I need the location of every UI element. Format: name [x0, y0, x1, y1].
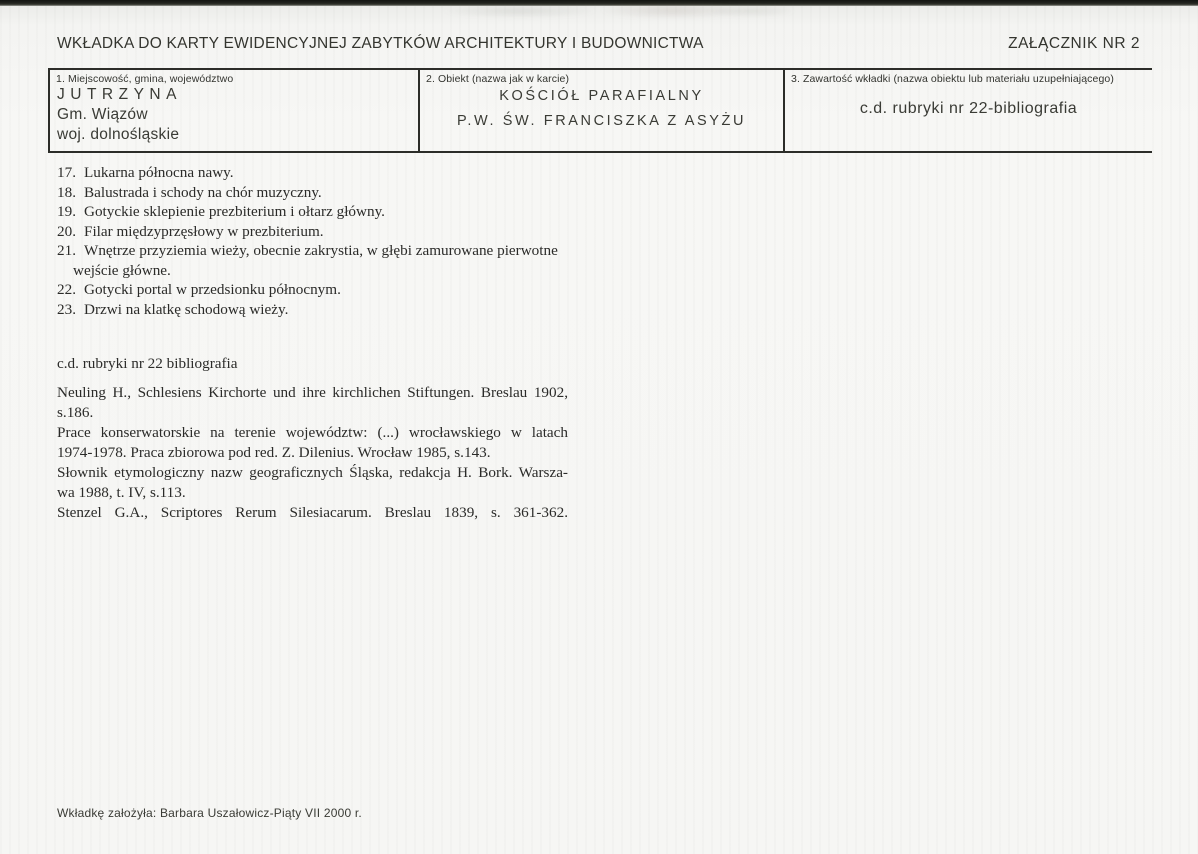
bibliography-line: Stenzel G.A., Scriptores Rerum Silesiaca…	[57, 503, 568, 523]
list-item-text: Balustrada i schody na chór muzyczny.	[84, 184, 322, 201]
bibliography-line: Neuling H., Schlesiens Kirchorte und ihr…	[57, 383, 568, 403]
bibliography: Neuling H., Schlesiens Kirchorte und ihr…	[57, 383, 568, 523]
list-item-text: Lukarna północna nawy.	[84, 164, 234, 181]
list-item-number: 20.	[57, 222, 84, 242]
bibliography-line: s.186.	[57, 403, 568, 423]
field-content: 3. Zawartość wkładki (nazwa obiektu lub …	[785, 70, 1152, 151]
field-object-label: 2. Obiekt (nazwa jak w karcie)	[420, 70, 783, 85]
record-header-table: 1. Miejscowość, gmina, województwo JUTRZ…	[48, 68, 1152, 153]
bleed-through-ghost	[706, 5, 796, 17]
list-item-continuation: wejście główne.	[73, 261, 597, 281]
list-item: 20.Filar międzyprzęsłowy w prezbiterium.	[57, 222, 597, 242]
bleed-through-ghost	[440, 4, 600, 18]
object-name-line1: KOŚCIÓŁ PARAFIALNY	[420, 88, 783, 104]
list-item: 23.Drzwi na klatkę schodową wieży.	[57, 300, 597, 320]
bibliography-heading: c.d. rubryki nr 22 bibliografia	[57, 355, 238, 373]
list-item-text: Wnętrze przyziemia wieży, obecnie zakrys…	[84, 242, 558, 259]
list-item-text: Gotyckie sklepienie prezbiterium i ołtar…	[84, 203, 385, 220]
bibliography-line: Prace konserwatorskie na terenie wojewód…	[57, 423, 568, 443]
list-item: 19.Gotyckie sklepienie prezbiterium i oł…	[57, 202, 597, 222]
location-voivodeship: woj. dolnośląskie	[57, 126, 418, 144]
list-item: 21.Wnętrze przyziemia wieży, obecnie zak…	[57, 241, 597, 261]
location-commune: Gm. Wiązów	[57, 106, 418, 124]
list-item: 22.Gotycki portal w przedsionku północny…	[57, 280, 597, 300]
list-item-number: 23.	[57, 300, 84, 320]
field-location: 1. Miejscowość, gmina, województwo JUTRZ…	[50, 70, 420, 151]
bibliography-line: 1974-1978. Praca zbiorowa pod red. Z. Di…	[57, 443, 568, 463]
field-location-label: 1. Miejscowość, gmina, województwo	[50, 70, 418, 85]
bibliography-line: wa 1988, t. IV, s.113.	[57, 483, 568, 503]
list-item-number: 18.	[57, 183, 84, 203]
list-item-number: 22.	[57, 280, 84, 300]
list-item-text: Filar międzyprzęsłowy w prezbiterium.	[84, 223, 324, 240]
photo-list: 17.Lukarna północna nawy. 18.Balustrada …	[57, 163, 597, 319]
list-item-text: Drzwi na klatkę schodową wieży.	[84, 301, 288, 318]
scanned-document-page: WKŁADKA DO KARTY EWIDENCYJNEJ ZABYTKÓW A…	[0, 0, 1198, 854]
bibliography-line: Słownik etymologiczny nazw geograficznyc…	[57, 463, 568, 483]
object-name-line2: P.W. ŚW. FRANCISZKA Z ASYŻU	[420, 113, 783, 129]
list-item-number: 17.	[57, 163, 84, 183]
location-place: JUTRZYNA	[57, 86, 418, 104]
list-item-number: 21.	[57, 241, 84, 261]
scan-edge-strip	[0, 0, 1198, 6]
footer-note: Wkładkę założyła: Barbara Uszałowicz-Pią…	[57, 806, 362, 820]
list-item-text: Gotycki portal w przedsionku północnym.	[84, 281, 341, 298]
list-item-number: 19.	[57, 202, 84, 222]
list-item: 17.Lukarna północna nawy.	[57, 163, 597, 183]
list-item: 18.Balustrada i schody na chór muzyczny.	[57, 183, 597, 203]
field-object: 2. Obiekt (nazwa jak w karcie) KOŚCIÓŁ P…	[420, 70, 785, 151]
content-value: c.d. rubryki nr 22-bibliografia	[785, 100, 1152, 118]
document-title: WKŁADKA DO KARTY EWIDENCYJNEJ ZABYTKÓW A…	[57, 35, 704, 53]
field-content-label: 3. Zawartość wkładki (nazwa obiektu lub …	[785, 70, 1152, 85]
attachment-label: ZAŁĄCZNIK NR 2	[1008, 35, 1140, 53]
